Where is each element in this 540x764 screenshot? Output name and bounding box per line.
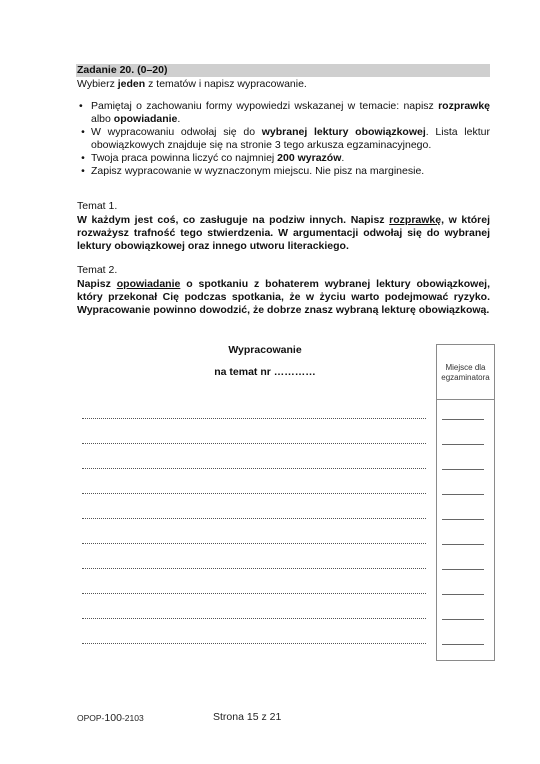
score-line [442, 594, 484, 595]
topic-label: Temat 1. [77, 200, 490, 213]
essay-title: Wypracowanie [190, 344, 340, 357]
score-line [442, 544, 484, 545]
examiner-label: egzaminatora [437, 373, 494, 383]
topic-1: Temat 1. W każdym jest coś, co zasługuje… [77, 200, 490, 253]
writing-line[interactable] [82, 444, 426, 469]
bullet-text: Zapisz wypracowanie w wyznaczonym miejsc… [91, 165, 424, 177]
list-item: • Pamiętaj o zachowaniu formy wypowiedzi… [77, 100, 490, 126]
topic-label: Temat 2. [77, 264, 490, 277]
instruction-text: Wybierz [77, 78, 118, 90]
bullet-icon: • [79, 165, 87, 178]
list-item: • Zapisz wypracowanie w wyznaczonym miej… [77, 165, 490, 178]
page-number: Strona 15 z 21 [213, 711, 281, 723]
sheet-code-part: 100 [104, 712, 122, 724]
writing-line[interactable] [82, 544, 426, 569]
writing-line[interactable] [82, 494, 426, 519]
topic-form: rozprawkę [389, 214, 441, 226]
essay-topic-number[interactable]: na temat nr ………… [190, 366, 340, 379]
bullet-icon: • [79, 152, 87, 165]
bullet-text: . [177, 113, 180, 125]
examiner-box: Miejsce dla egzaminatora [436, 344, 495, 661]
sheet-code: OPOP-100-2103 [77, 712, 144, 724]
bullet-text: Pamiętaj o zachowaniu formy wypowiedzi w… [91, 100, 438, 112]
bullet-emphasis: 200 wyrazów [277, 152, 341, 164]
writing-line[interactable] [82, 419, 426, 444]
bullet-text: W wypracowaniu odwołaj się do [91, 126, 262, 138]
writing-line[interactable] [82, 569, 426, 594]
topic-text: W każdym jest coś, co zasługuje na podzi… [77, 214, 490, 253]
exam-page: Zadanie 20. (0–20) Wybierz jeden z temat… [0, 0, 540, 764]
score-line [442, 569, 484, 570]
bullet-text: Twoja praca powinna liczyć co najmniej [91, 152, 277, 164]
instruction-text-end: z tematów i napisz wypracowanie. [145, 78, 307, 90]
instructions-list: • Pamiętaj o zachowaniu formy wypowiedzi… [77, 100, 490, 178]
score-line [442, 444, 484, 445]
score-line [442, 644, 484, 645]
bullet-text: albo [91, 113, 114, 125]
writing-line[interactable] [82, 594, 426, 619]
writing-line[interactable] [82, 519, 426, 544]
writing-area[interactable] [82, 412, 426, 644]
topic-text-part: Napisz [77, 278, 117, 290]
bullet-emphasis: rozprawkę [438, 100, 490, 112]
task-instruction: Wybierz jeden z tematów i napisz wypraco… [77, 78, 307, 91]
bullet-emphasis: wybranej lektury obowiązkowej [262, 126, 426, 138]
list-item: • Twoja praca powinna liczyć co najmniej… [77, 152, 490, 165]
writing-line[interactable] [82, 412, 426, 419]
bullet-text: . [341, 152, 344, 164]
topic-form: opowiadanie [117, 278, 181, 290]
writing-line[interactable] [82, 619, 426, 644]
bullet-icon: • [79, 100, 87, 113]
score-line [442, 519, 484, 520]
topic-text-part: W każdym jest coś, co zasługuje na podzi… [77, 214, 389, 226]
sheet-code-part: OPOP- [77, 713, 104, 723]
writing-line[interactable] [82, 469, 426, 494]
bullet-icon: • [79, 126, 87, 139]
examiner-label: Miejsce dla [437, 363, 494, 373]
examiner-box-header: Miejsce dla egzaminatora [437, 345, 494, 400]
score-line [442, 494, 484, 495]
topic-2: Temat 2. Napisz opowiadanie o spotkaniu … [77, 264, 490, 317]
sheet-code-part: -2103 [122, 713, 144, 723]
bullet-emphasis: opowiadanie [114, 113, 178, 125]
instruction-emphasis: jeden [118, 78, 145, 90]
task-title: Zadanie 20. (0–20) [77, 64, 167, 76]
score-line [442, 619, 484, 620]
score-line [442, 419, 484, 420]
task-header: Zadanie 20. (0–20) [76, 64, 490, 77]
topic-text: Napisz opowiadanie o spotkaniu z bohater… [77, 278, 490, 317]
list-item: • W wypracowaniu odwołaj się do wybranej… [77, 126, 490, 152]
score-line [442, 469, 484, 470]
